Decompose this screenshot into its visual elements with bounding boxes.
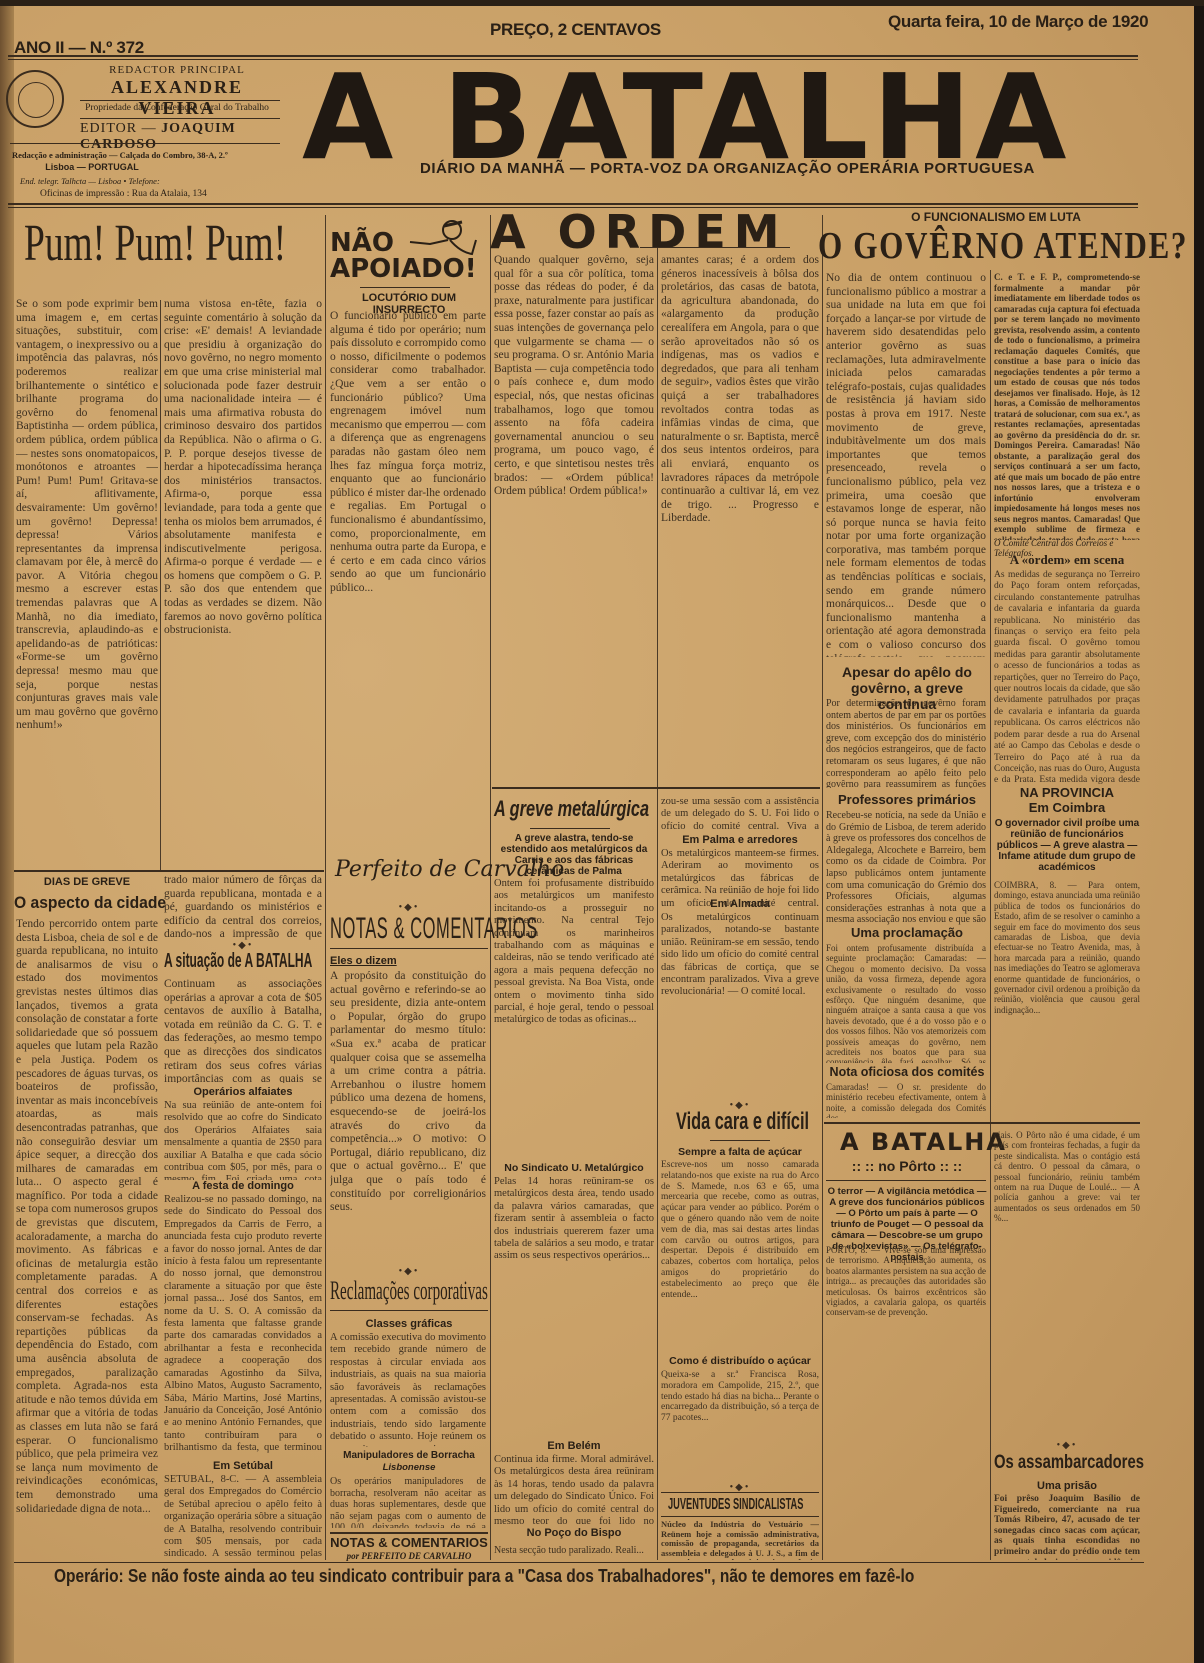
nota-comites-title: Nota oficiosa dos comités (826, 1065, 988, 1079)
pum-body-col1: Se o som pode exprimir bem uma imagem e,… (16, 298, 158, 868)
governo-body-col1: No dia de ontem continuou o funcionalism… (826, 272, 986, 657)
ornament-icon: •◆• (994, 1440, 1140, 1451)
notas-body: A propósito da constituição do actual go… (330, 970, 486, 1260)
porto-subtitle: :: :: no Pôrto :: :: (826, 1158, 988, 1174)
aspecto-body-col2: trado maior número de fôrças da guarda r… (164, 874, 322, 942)
reclamacoes-headline: Reclamações corporativas (330, 1276, 488, 1306)
porto-rule (826, 1180, 986, 1181)
professores-title: Professores primários (826, 792, 988, 807)
headline-pum: Pum! Pum! Pum! (24, 216, 286, 272)
sindicato-body: Pelas 14 horas reüniram-se os metalúrgic… (494, 1176, 654, 1436)
ordem-em-scena-title: A «ordem» em scena (994, 552, 1140, 568)
ownership-line: Propriedade da Confederação Geral do Tra… (72, 103, 282, 113)
headline-governo: O GOVÊRNO ATENDE? (818, 224, 1188, 268)
borracha-title: Manipuladores de Borracha (330, 1450, 488, 1461)
almada-body: Os metalúrgicos continuam paralizados, n… (661, 912, 819, 994)
redactor-rule (80, 100, 280, 101)
almada-title: Em Almada (661, 898, 819, 910)
nao-apoiado-line2: APOIADO! (330, 256, 477, 282)
ordem-body-col2: amantes caras; é a ordem dos géneros ina… (661, 254, 819, 759)
assambarcadores-body: Foi prêso Joaquim Basílio de Figueiredo,… (994, 1494, 1140, 1560)
provincia-deck: O governador civil proíbe uma reünião de… (994, 818, 1140, 873)
pum-body-col2: numa vistosa en-tête, fazia o seguinte c… (164, 298, 322, 858)
column-rule (490, 215, 491, 1560)
page-right-edge (1194, 0, 1204, 1663)
column-rule (990, 270, 991, 1560)
aspecto-body: Tendo percorrido ontem parte desta Lisbo… (16, 918, 158, 1560)
metalurgica-body-col2: zou-se uma sessão com a assistência de u… (661, 796, 819, 834)
editor-label: EDITOR — (80, 121, 157, 136)
porto-title: A BATALHA (840, 1128, 1007, 1156)
top-border (0, 0, 1204, 6)
page-binding-edge (0, 0, 14, 1663)
juventudes-headline: JUVENTUDES SINDICALISTAS (668, 1496, 803, 1514)
acucar-body: Escreve-nos um nosso camarada relatando-… (661, 1160, 819, 1350)
column-rule (325, 215, 326, 1560)
sindicato-title: No Sindicato U. Metalúrgico (494, 1162, 654, 1174)
redactor-label: REDACTOR PRINCIPAL (72, 64, 282, 76)
vida-cara-rule (710, 1140, 770, 1141)
alfaiates-body: Na sua reünião de ante-ontem foi resolvi… (164, 1100, 322, 1180)
graficas-body: A comissão executiva do movimento tem re… (330, 1332, 486, 1447)
porto-top-rule (824, 1122, 1140, 1124)
metalurgica-headline: A greve metalúrgica (494, 796, 649, 822)
price: PREÇO, 2 CENTAVOS (490, 20, 661, 40)
juventudes-body: Núcleo da Indústria do Vestuário — Reüne… (661, 1520, 819, 1560)
masthead-title: A BATALHA (302, 58, 1070, 176)
aspecto-kicker: DIAS DE GREVE (14, 876, 160, 888)
ordem-body-col1: Quando qualquer govêrno, seja qual fôr a… (494, 254, 654, 759)
vida-cara-headline: Vida cara e difícil (676, 1108, 809, 1136)
ordem-bottom-rule (492, 787, 820, 789)
borracha-city: Lisbonense (330, 1462, 488, 1473)
proclamacao-body: Foi ontem profusamente distribuída a seg… (826, 943, 986, 1063)
notas-footer-byline: por PERFEITO DE CARVALHO (330, 1551, 488, 1561)
headline-ordem: A ORDEM (490, 205, 788, 259)
provincia-headline: Em Coimbra (994, 800, 1140, 815)
ornament-icon: :: :: (852, 1158, 878, 1174)
masthead-subtitle: DIÁRIO DA MANHÃ — PORTA-VOZ DA ORGANIZAÇ… (420, 160, 1035, 177)
borracha-body: Os operários manipuladores de borracha, … (330, 1476, 486, 1528)
aspecto-top-rule (14, 870, 324, 872)
ordem-rule (640, 247, 790, 248)
situacao-headline: A situação de A BATALHA (164, 950, 312, 973)
workshop-line: Oficinas de impressão : Rua da Atalaia, … (40, 189, 310, 199)
acucar-title: Sempre a falta de açúcar (661, 1146, 819, 1158)
nota-comites-body: Camaradas! — O sr. presidente do ministé… (826, 1082, 986, 1118)
juventudes-rule-bottom (661, 1516, 819, 1517)
proclamacao-title: Uma proclamação (826, 925, 988, 940)
metalurgica-deck: A greve alastra, tendo-se estendido aos … (494, 833, 654, 877)
assambarcadores-sub: Uma prisão (994, 1480, 1140, 1492)
juventudes-rule-top (661, 1492, 819, 1493)
poco-bispo-title: No Poço do Bispo (494, 1527, 654, 1539)
nao-apoiado-body: O funcionário público em parte alguma é … (330, 310, 486, 845)
professores-body: Recebeu-se notícia, na sede da União e d… (826, 810, 986, 925)
notas-kicker: Eles o dizem (330, 955, 397, 967)
governo-kicker: O FUNCIONALISMO EM LUTA (826, 210, 1166, 224)
column-rule (160, 300, 161, 870)
telegraph-line: End. telegr. Talhcta — Lisboa • Telefone… (20, 176, 290, 186)
editor-line: EDITOR — JOAQUIM CARDOSO (80, 121, 290, 153)
assambarcadores-title: Os assambarcadores (994, 1452, 1144, 1474)
city-line: Lisboa — PORTUGAL (12, 162, 172, 172)
footer-rule (14, 1562, 1144, 1563)
metalurgica-rule (530, 828, 610, 829)
porto-body: PORTO, 8. — Vive-se sob uma impressão de… (826, 1245, 986, 1560)
poco-bispo-body: Nesta secção tudo paralizado. Reali... (494, 1545, 654, 1559)
setubal-title: Em Setúbal (164, 1460, 322, 1472)
belem-body: Continua ida firme. Moral admirável. Os … (494, 1454, 654, 1524)
alfaiates-title: Operários alfaiates (164, 1086, 322, 1098)
situacao-body: Continuam as associações operárias a apr… (164, 978, 322, 1083)
column-rule (657, 245, 658, 1560)
notas-footer-title: NOTAS & COMENTARIOS (330, 1535, 488, 1550)
festa-title: A festa de domingo (164, 1180, 322, 1192)
belem-title: Em Belém (494, 1440, 654, 1452)
issue-date: Quarta feira, 10 de Março de 1920 (888, 12, 1148, 32)
graficas-title: Classes gráficas (330, 1318, 488, 1330)
porto-subhead: no Pôrto (878, 1158, 936, 1174)
ornament-icon: :: :: (936, 1158, 962, 1174)
notas-footer-rule (330, 1532, 488, 1534)
orator-illustration-icon (400, 218, 480, 258)
column-rule (822, 215, 823, 1560)
provincia-body: COIMBRA, 8. — Para ontem, domingo, estav… (994, 880, 1140, 1115)
provincia-kicker: NA PROVINCIA (994, 785, 1140, 800)
distribuido-title: Como é distribuído o açúcar (661, 1355, 819, 1367)
governo-body-col2: C. e T. e F. P., comprometendo-se formal… (994, 272, 1140, 540)
festa-body: Realizou-se no passado domingo, na sede … (164, 1194, 322, 1456)
footer-banner: Operário: Se não foste ainda ao teu sind… (54, 1566, 914, 1587)
nao-apoiado-rule (360, 287, 450, 288)
editor-rule (10, 143, 280, 144)
distribuido-body: Queixa-se a sr.ª Francisca Rosa, morador… (661, 1370, 819, 1480)
reclamacoes-rule (330, 1310, 488, 1311)
porto-body-col2: ciais. O Pôrto não é uma cidade, é um pa… (994, 1130, 1140, 1400)
notas-rule (330, 948, 488, 949)
cgt-seal-icon (6, 70, 64, 128)
ownership-rule (80, 118, 280, 119)
address-line: Redacção e administração — Calçada do Co… (12, 150, 302, 160)
apesar-body: Por determinação do govêrno foram ontem … (826, 698, 986, 788)
ordem-em-scena-body: As medidas de segurança no Terreiro do P… (994, 570, 1140, 785)
setubal-body: SETÚBAL, 8-C. — A assembleia geral dos E… (164, 1474, 322, 1560)
palma-title: Em Palma e arredores (661, 834, 819, 846)
aspecto-headline: O aspecto da cidade (14, 893, 166, 913)
